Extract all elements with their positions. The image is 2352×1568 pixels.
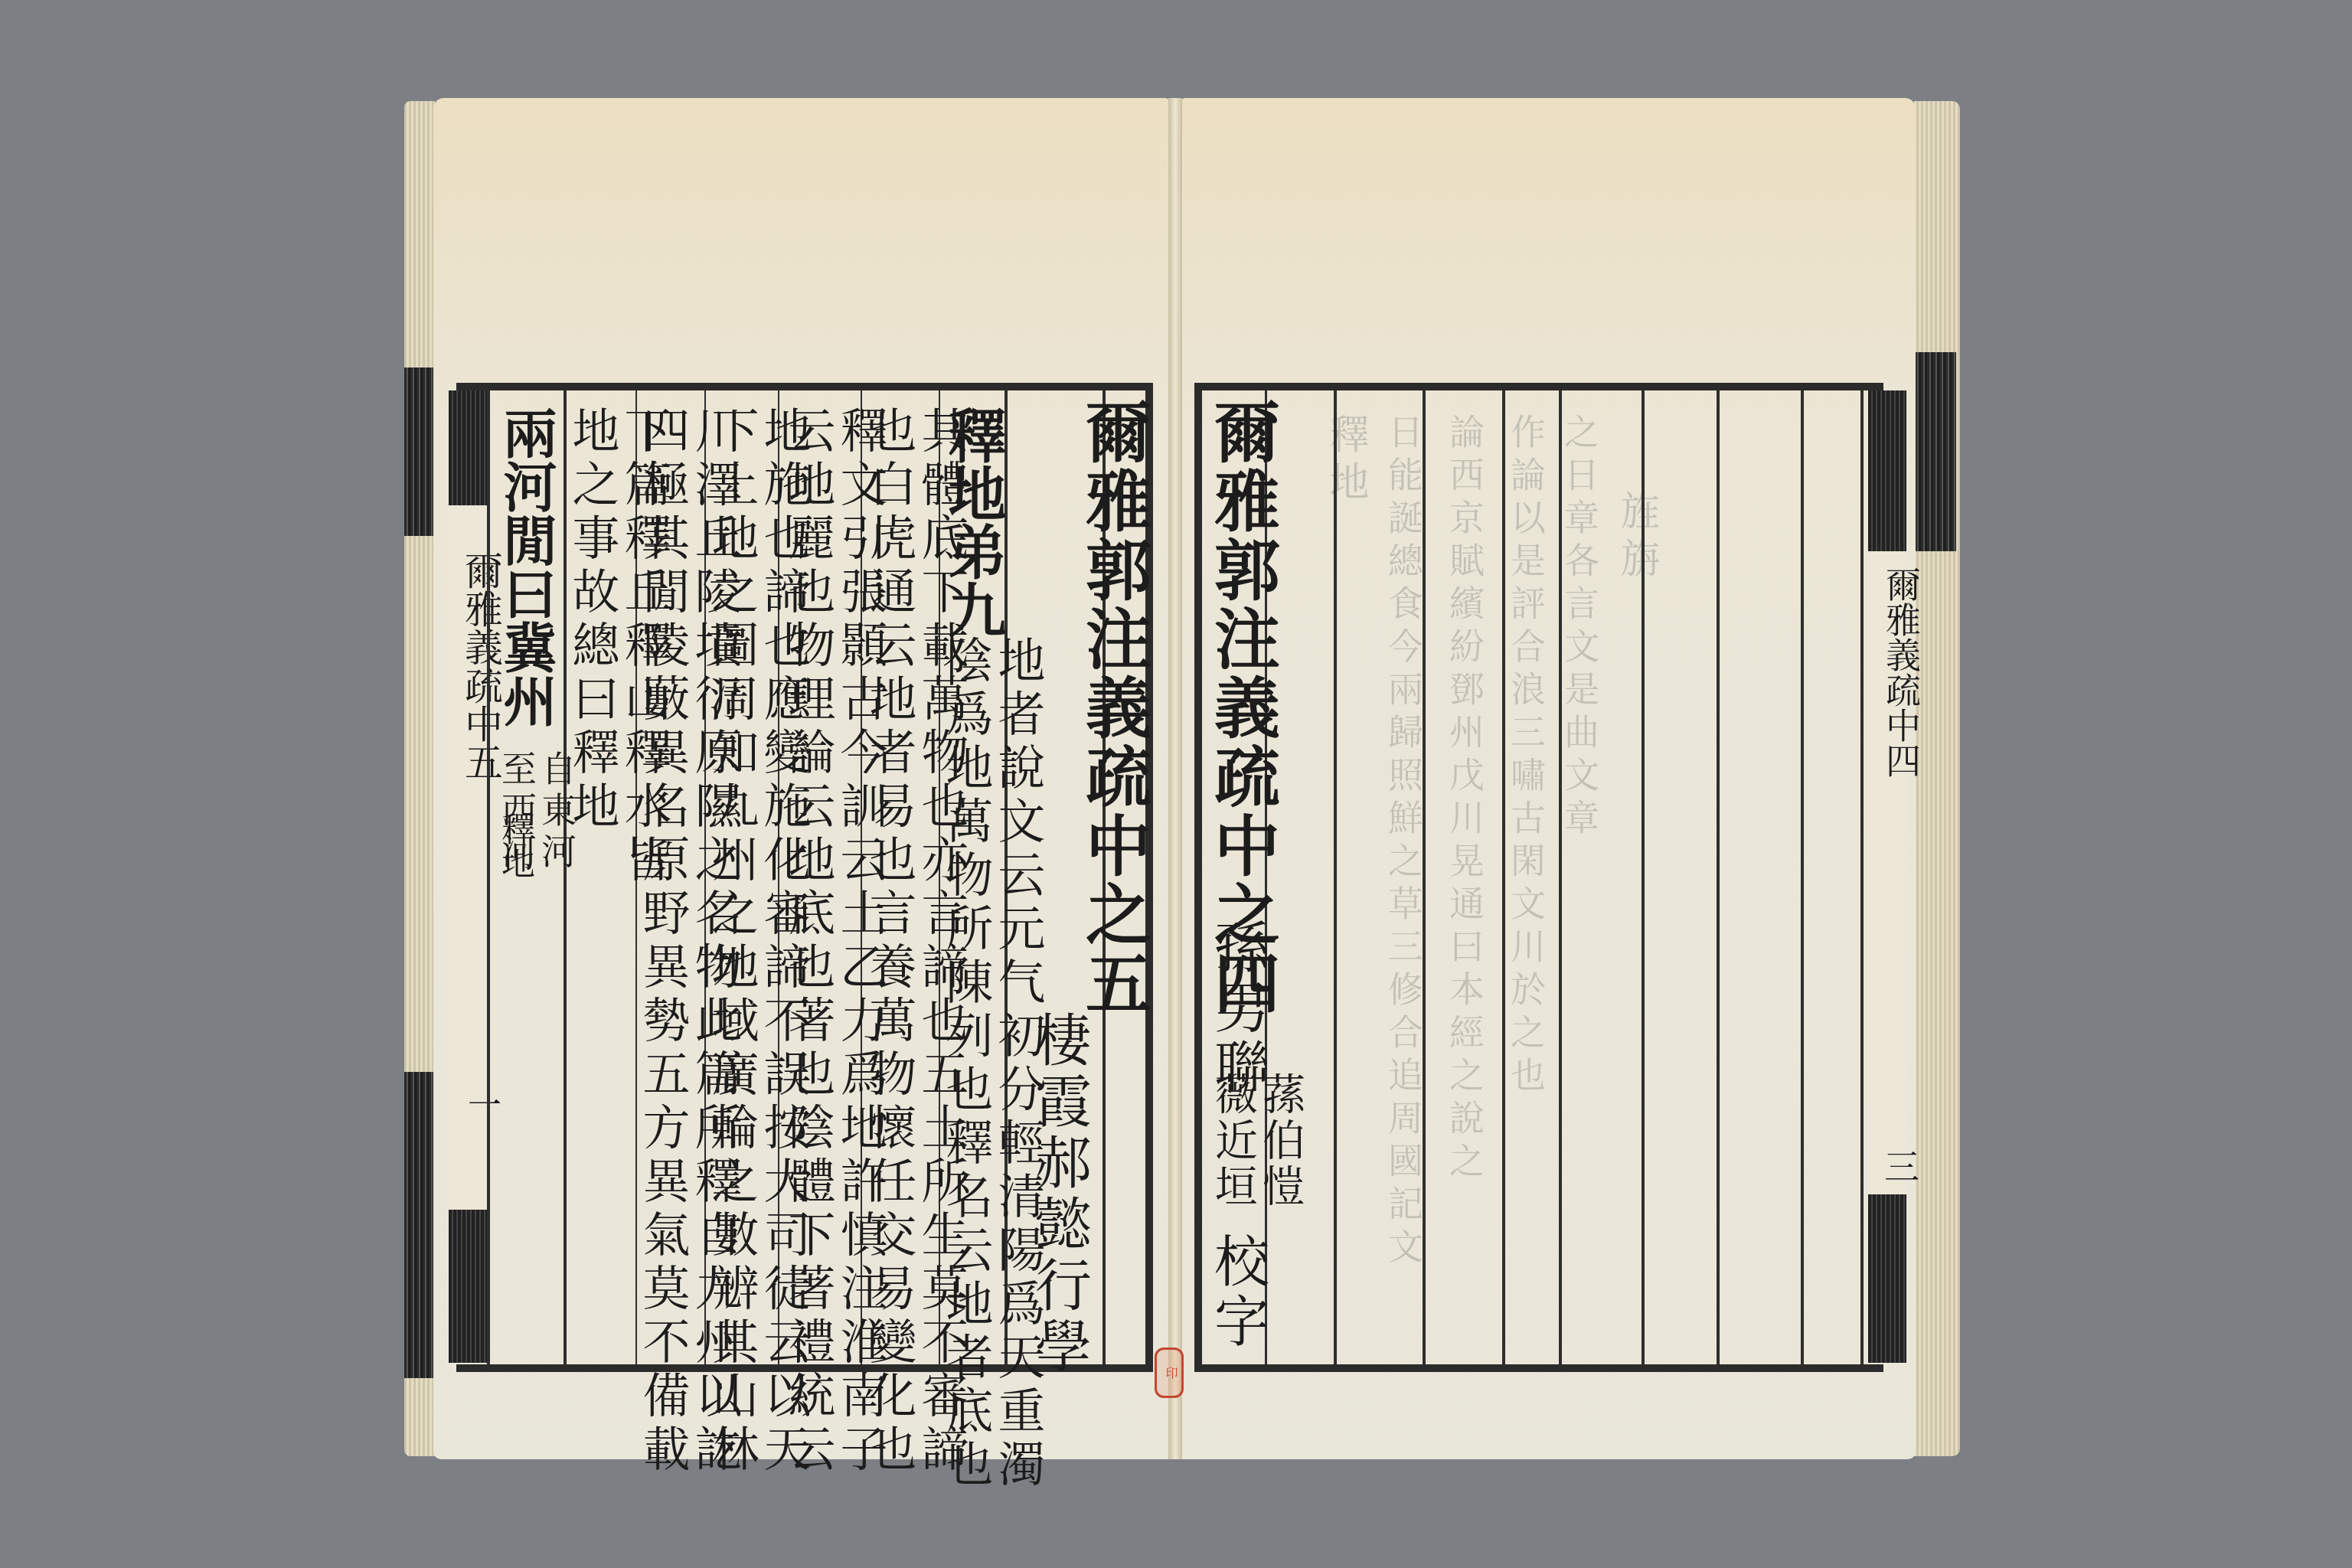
bleed-through-text: 論西京賦繽紛鄧州戊川晃通曰本經之說之: [1439, 413, 1490, 1185]
left-banxin-black-mouth-top: [449, 390, 487, 505]
column-rule: [1502, 390, 1505, 1364]
bleed-through-text: 日能誕總食今兩歸照鮮之草三修合追周國記文: [1378, 413, 1429, 1271]
bleed-through-text: 作論以是評合浪三嘯古閑文川於之也: [1501, 413, 1551, 1099]
annotation-right: 其體底下載萬物也亦言諦也五土所生莫不審諦: [917, 406, 965, 1478]
bleed-through-text: 釋地: [1317, 413, 1374, 508]
colophon-names-right: 蓀伯愷: [1259, 1072, 1302, 1210]
annotation-right: 自東河: [539, 750, 574, 874]
right-banxin-title: 爾雅義疏中四: [1876, 567, 1926, 778]
gutter: [1168, 98, 1182, 1459]
right-fore-edge: [1914, 101, 1960, 1456]
right-banxin-page-number: 三: [1874, 1148, 1925, 1184]
annotation-left: 至西河: [499, 750, 534, 874]
colophon-names: 蓀伯愷 薇近垣: [1211, 1072, 1302, 1210]
colophon-names-left: 薇近垣: [1211, 1072, 1254, 1210]
column-rule: [1641, 390, 1645, 1364]
annotation-right: 地者說文云元气初分輕清陽爲天重濁: [994, 635, 1041, 1493]
bleed-through-text: 旌旃: [1608, 490, 1665, 585]
right-banxin-black-mouth-top: [1868, 390, 1906, 551]
colophon-relation: 孫男聯: [1210, 919, 1265, 1098]
left-volume-title: 爾雅郭注義疏中之五: [1080, 398, 1145, 1018]
annotation-column-6: 下篇釋丘釋山釋水皆 地之事故總曰釋地: [568, 406, 668, 888]
colophon-collation: 校字: [1210, 1233, 1265, 1352]
annotation-right: 下篇釋丘釋山釋水皆: [620, 406, 668, 888]
main-entry-annotation: 自東河 至西河: [499, 750, 574, 874]
right-banxin-black-mouth-bottom: [1868, 1194, 1906, 1363]
left-banxin-rule: [487, 390, 490, 1364]
column-rule: [1559, 390, 1562, 1364]
column-rule: [1801, 390, 1804, 1364]
column-rule: [1423, 390, 1426, 1364]
column-rule: [1334, 390, 1337, 1364]
column-rule: [1860, 390, 1864, 1364]
left-banxin-black-mouth-bottom: [449, 1210, 487, 1363]
open-book: 爾雅義疏中五 釋地 一 爾雅郭注義疏中之五 棲霞郝懿行學 釋地弟九 地者說文云元…: [0, 0, 2352, 1568]
annotation-right: 釋文引張顥古今訓云土乙力爲地許慎注淮南子: [836, 406, 884, 1478]
left-banxin-page-number: 一: [456, 1087, 505, 1121]
annotation-right: 地施也諦也應變施化審諦不誤按大司徒云以天: [759, 406, 807, 1478]
column-rule: [1717, 390, 1720, 1364]
main-entry: 兩河閒曰冀州: [499, 406, 553, 727]
annotation-right: 川澤丘陵墳衍原隰之名物此篇所釋自九州以訖: [691, 406, 738, 1478]
collector-seal: 印: [1155, 1347, 1184, 1398]
